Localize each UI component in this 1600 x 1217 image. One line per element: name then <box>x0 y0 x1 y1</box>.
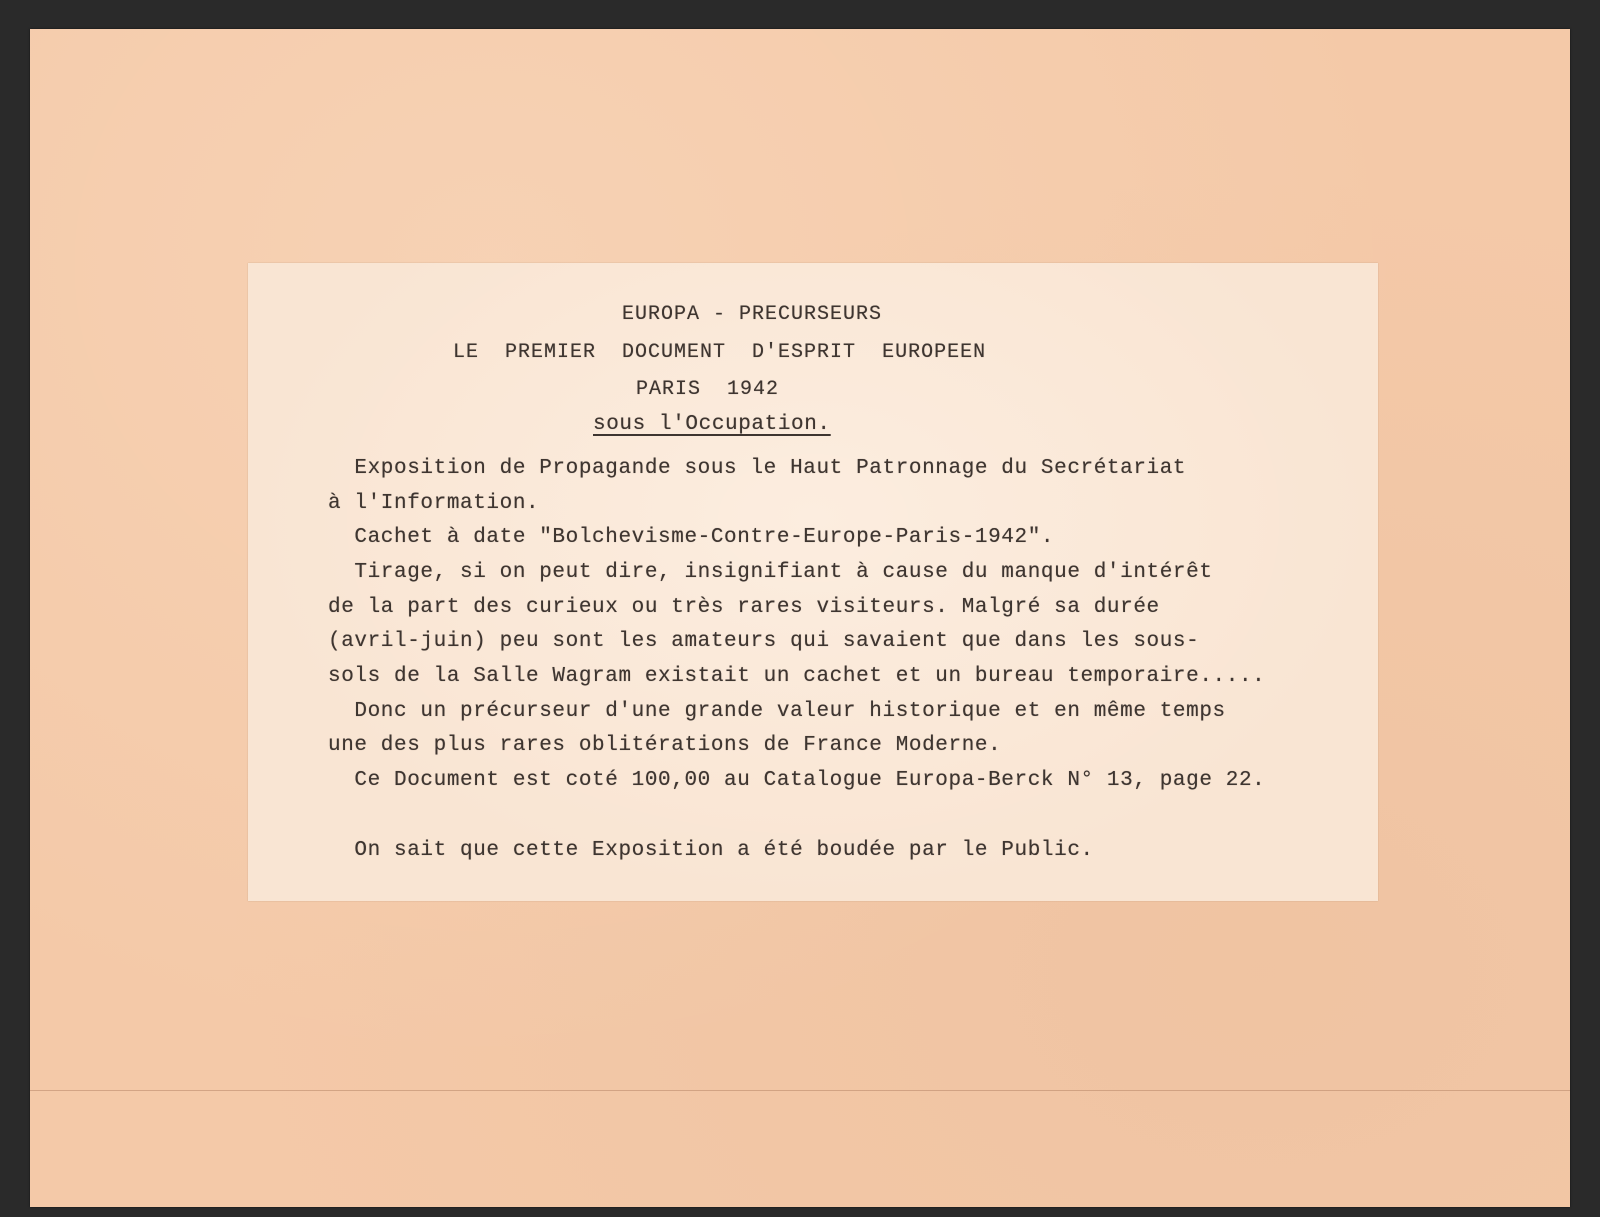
closing-line: On sait que cette Exposition a été boudé… <box>328 839 1094 862</box>
subtitle: sous l'Occupation. <box>593 413 831 436</box>
album-card: EUROPA - PRECURSEURS LE PREMIER DOCUMENT… <box>30 29 1570 1207</box>
body-line: Ce Document est coté 100,00 au Catalogue… <box>328 769 1265 792</box>
fold-line <box>30 1090 1570 1091</box>
heading-line-1: EUROPA - PRECURSEURS <box>622 303 882 326</box>
body-line: Tirage, si on peut dire, insignifiant à … <box>328 561 1213 584</box>
body-line: une des plus rares oblitérations de Fran… <box>328 734 1001 757</box>
body-line: sols de la Salle Wagram existait un cach… <box>328 665 1265 688</box>
body-line: de la part des curieux ou très rares vis… <box>328 596 1160 619</box>
heading-line-3: PARIS 1942 <box>636 378 779 401</box>
body-line: à l'Information. <box>328 492 539 515</box>
heading-line-2: LE PREMIER DOCUMENT D'ESPRIT EUROPEEN <box>453 341 986 364</box>
body-line: (avril-juin) peu sont les amateurs qui s… <box>328 630 1199 653</box>
body-line: Exposition de Propagande sous le Haut Pa… <box>328 457 1186 480</box>
body-line: Donc un précurseur d'une grande valeur h… <box>328 700 1226 723</box>
body-line: Cachet à date "Bolchevisme-Contre-Europe… <box>328 526 1054 549</box>
typed-label: EUROPA - PRECURSEURS LE PREMIER DOCUMENT… <box>248 263 1378 901</box>
